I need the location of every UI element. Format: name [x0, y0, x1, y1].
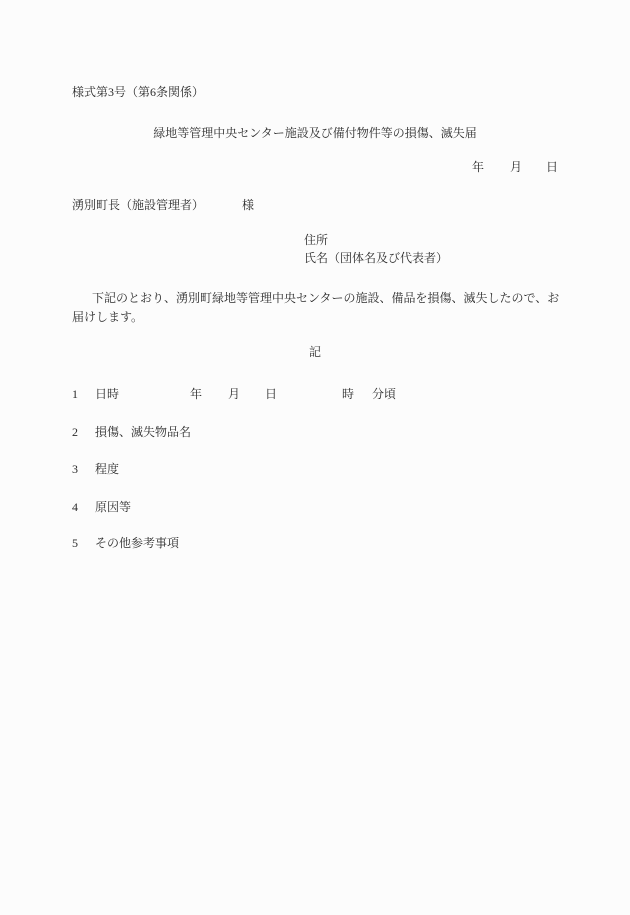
record-marker: 記 [0, 346, 630, 358]
item-1-month-label: 月 [228, 388, 240, 400]
item-1-label: 日時 [95, 388, 119, 400]
item-2-label: 損傷、滅失物品名 [95, 426, 191, 438]
item-1-number: 1 [72, 388, 78, 400]
body-line-1: 下記のとおり、湧別町緑地等管理中央センターの施設、備品を損傷、滅失したので、お [92, 292, 559, 304]
item-1-day-label: 日 [265, 388, 277, 400]
sender-address-label: 住所 [304, 234, 328, 246]
document-title: 緑地等管理中央センター施設及び備付物件等の損傷、滅失届 [0, 127, 630, 139]
item-4-number: 4 [72, 501, 78, 513]
date-month-label: 月 [510, 161, 522, 173]
item-3-number: 3 [72, 463, 78, 475]
body-line-2: 届けします。 [72, 311, 143, 323]
addressee-name: 湧別町長（施設管理者） [72, 199, 204, 211]
item-5-number: 5 [72, 537, 78, 549]
document-page: 様式第3号（第6条関係） 緑地等管理中央センター施設及び備付物件等の損傷、滅失届… [0, 0, 630, 915]
date-day-label: 日 [546, 161, 558, 173]
item-1-minute-label: 分頃 [372, 388, 396, 400]
item-1-year-label: 年 [190, 388, 202, 400]
item-5-label: その他参考事項 [95, 537, 179, 549]
date-year-label: 年 [472, 161, 484, 173]
form-number: 様式第3号（第6条関係） [72, 86, 204, 98]
item-4-label: 原因等 [95, 501, 131, 513]
sender-name-label: 氏名（団体名及び代表者） [304, 252, 448, 264]
addressee-honorific: 様 [242, 199, 254, 211]
item-1-hour-label: 時 [342, 388, 354, 400]
item-3-label: 程度 [95, 463, 119, 475]
item-2-number: 2 [72, 426, 78, 438]
